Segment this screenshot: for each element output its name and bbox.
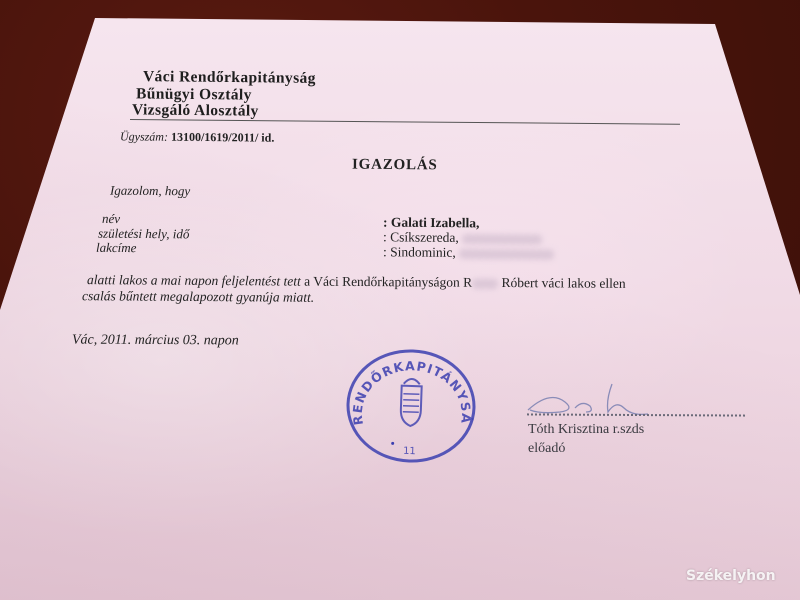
field-value-address: : Sindominic, <box>383 244 554 261</box>
signer-role: előadó <box>528 441 565 457</box>
body-line-1-italic: alatti lakos a mai napon feljelentést te… <box>87 272 301 288</box>
case-number-value: 13100/1619/2011/ id. <box>171 130 274 145</box>
field-value-address-text: : Sindominic, <box>383 244 456 260</box>
coat-of-arms-icon <box>400 379 422 427</box>
case-number: Ügyszám: 13100/1619/2011/ id. <box>120 129 274 145</box>
svg-text:11: 11 <box>403 446 416 457</box>
header-subdivision: Vizsgáló Alosztály <box>132 101 259 120</box>
field-value-birth-text: : Csíkszereda, <box>383 229 459 245</box>
field-label-name: név <box>102 211 120 227</box>
redacted-address <box>459 249 554 260</box>
body-line-1-end: Róbert váci lakos ellen <box>498 275 626 291</box>
watermark-logo: Székelyhon <box>686 568 776 584</box>
svg-text:RENDŐRKAPITÁNYSÁG VÁC: RENDŐRKAPITÁNYSÁG VÁC <box>342 346 477 431</box>
signer-name: Tóth Krisztina r.szds <box>528 422 644 438</box>
police-stamp: RENDŐRKAPITÁNYSÁG VÁC 11 <box>342 346 480 467</box>
body-line-2: csalás bűntett megalapozott gyanúja miat… <box>82 288 314 306</box>
document-date: Vác, 2011. március 03. napon <box>72 333 239 350</box>
body-line-1-rest: a Váci Rendőrkapitányságon R <box>301 274 473 290</box>
intro-text: Igazolom, hogy <box>110 183 190 200</box>
document-title: IGAZOLÁS <box>352 157 438 175</box>
field-value-name-text: : Galati Izabella, <box>383 215 480 231</box>
case-number-label: Ügyszám: <box>120 129 168 143</box>
stamp-icon: RENDŐRKAPITÁNYSÁG VÁC 11 <box>342 346 480 467</box>
redacted-surname <box>472 279 498 289</box>
field-label-address: lakcíme <box>96 240 137 256</box>
redacted-birth-date <box>462 234 542 245</box>
